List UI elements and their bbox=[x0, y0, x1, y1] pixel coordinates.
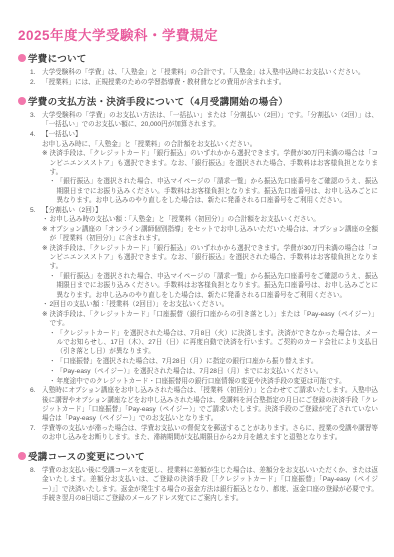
list-item: 2.「授業料」には、正規授業のための学習指導費・教材費などの費用が含まれます。 bbox=[30, 78, 378, 87]
list-item-text: 「Pay-easy（ペイジー）」を選択された場合は、7月28日（月）までにお支払… bbox=[57, 367, 379, 376]
list-item-text: 「銀行振込」を選択された場合、申込マイページの「請求一覧」から振込先口座番号をご… bbox=[57, 272, 379, 300]
list-item-marker: ・ bbox=[49, 357, 57, 366]
section-bullet-icon bbox=[18, 54, 26, 62]
list-item-marker: ・ bbox=[49, 272, 57, 300]
section-heading: 受講コースの変更について bbox=[18, 449, 378, 463]
list-item-text: 決済手段は、「クレジットカード」「口座振替（銀行口座からの引き落とし）」または「… bbox=[50, 310, 379, 328]
section: 受講コースの変更について8.学費のお支払い後に受講コースを変更し、授業料に差額が… bbox=[18, 449, 378, 503]
list-item-text: 大学受験科の「学費」のお支払い方法は、「一括払い」または「分割払い（2回）」です… bbox=[42, 111, 378, 129]
list-item: 5.【分割払い（2回）】 bbox=[30, 206, 378, 215]
list-item-text: 大学受験科の「学費」は、「入塾金」と「授業料」の合計です。「入塾金」は入塾申込時… bbox=[42, 68, 378, 77]
section-heading: 学費の支払方法・決済手段について（4月受講開始の場合） bbox=[18, 94, 378, 108]
section-bullet-icon bbox=[18, 97, 26, 105]
list-item: 3.大学受験科の「学費」のお支払い方法は、「一括払い」または「分割払い（2回）」… bbox=[30, 111, 378, 129]
list-item: ・2回目の支払い額：「授業料（2回目）」をお支払いください。 bbox=[42, 300, 378, 309]
section: 学費について1.大学受験科の「学費」は、「入塾金」と「授業料」の合計です。「入塾… bbox=[18, 51, 378, 87]
document-page: 2025年度大学受験科・学費規定 学費について1.大学受験科の「学費」は、「入塾… bbox=[0, 0, 394, 557]
list-item-text: お申し込み時の支払い額：「入塾金」と「授業料（初回分）」の合計額をお支払いくださ… bbox=[50, 215, 379, 224]
list-item: ・「銀行振込」を選択された場合、申込マイページの「請求一覧」から振込先口座番号を… bbox=[49, 272, 378, 300]
list-item-text: 【一括払い】 bbox=[42, 130, 378, 139]
list-item-text: 「授業料」には、正規授業のための学習指導費・教材費などの費用が含まれます。 bbox=[42, 78, 378, 87]
list-item-text: 決済手段は、「クレジットカード」「銀行振込」のいずれかから選択できます。学費が3… bbox=[50, 149, 379, 177]
list-item: ・年度途中でのクレジットカード・口座振替用の銀行口座情報の変更や決済手段の変更は… bbox=[49, 377, 378, 386]
list-item: ※オプション講座の「オンライン講師個別指導」をセットでお申し込みいただいた場合は… bbox=[42, 225, 378, 243]
list-item-text: 決済手段は、「クレジットカード」「銀行振込」のいずれかから選択できます。学費が3… bbox=[50, 244, 379, 272]
list-item-text: 年度途中でのクレジットカード・口座振替用の銀行口座情報の変更や決済手段の変更は可… bbox=[57, 377, 379, 386]
section-heading-label: 学費の支払方法・決済手段について（4月受講開始の場合） bbox=[28, 94, 288, 108]
list-item-text: 2回目の支払い額：「授業料（2回目）」をお支払いください。 bbox=[50, 300, 379, 309]
section-heading-label: 受講コースの変更について bbox=[28, 449, 145, 463]
list-item-marker: 1. bbox=[30, 68, 42, 77]
list-item-marker: 2. bbox=[30, 78, 42, 87]
list-item-marker: ・ bbox=[49, 367, 57, 376]
list-item: ・お申し込み時の支払い額：「入塾金」と「授業料（初回分）」の合計額をお支払いくだ… bbox=[42, 215, 378, 224]
list-item: ※決済手段は、「クレジットカード」「銀行振込」のいずれかから選択できます。学費が… bbox=[42, 244, 378, 272]
list-item-text: 学費のお支払い後に受講コースを変更し、授業料に差額が生じた場合は、差額分をお支払… bbox=[42, 466, 378, 503]
list-item-text: 【分割払い（2回）】 bbox=[42, 206, 378, 215]
list-item: ※決済手段は、「クレジットカード」「口座振替（銀行口座からの引き落とし）」または… bbox=[42, 310, 378, 328]
list-item: ・「口座振替」を選択された場合は、7月28日（月）に指定の銀行口座から振り替えま… bbox=[49, 357, 378, 366]
list-item: 1.大学受験科の「学費」は、「入塾金」と「授業料」の合計です。「入塾金」は入塾申… bbox=[30, 68, 378, 77]
list-item: ・「クレジットカード」を選択された場合は、7月8日（火）に決済します。決済ができ… bbox=[49, 329, 378, 357]
list-item-marker: ・ bbox=[49, 329, 57, 357]
list-item-marker: ※ bbox=[42, 225, 50, 243]
list-item-marker: 8. bbox=[30, 466, 42, 503]
page-title: 2025年度大学受験科・学費規定 bbox=[18, 24, 378, 44]
list-item: ・「Pay-easy（ペイジー）」を選択された場合は、7月28日（月）までにお支… bbox=[49, 367, 378, 376]
list-item: 8.学費のお支払い後に受講コースを変更し、授業料に差額が生じた場合は、差額分をお… bbox=[30, 466, 378, 503]
list-item-text: オプション講座の「オンライン講師個別指導」をセットでお申し込みいただいた場合は、… bbox=[50, 225, 379, 243]
item-list: 8.学費のお支払い後に受講コースを変更し、授業料に差額が生じた場合は、差額分をお… bbox=[30, 466, 378, 503]
list-item: ・「銀行振込」を選択された場合、申込マイページの「請求一覧」から振込先口座番号を… bbox=[49, 177, 378, 205]
list-item-marker: 4. bbox=[30, 130, 42, 139]
list-item: ※決済手段は、「クレジットカード」「銀行振込」のいずれかから選択できます。学費が… bbox=[42, 149, 378, 177]
list-item-marker: 7. bbox=[30, 424, 42, 442]
list-item-text: お申し込み時に、「入塾金」と「授業料」の合計額をお支払いください。 bbox=[42, 140, 378, 149]
list-item-marker: 5. bbox=[30, 206, 42, 215]
list-item-marker: ※ bbox=[42, 310, 50, 328]
section-heading: 学費について bbox=[18, 51, 378, 65]
list-item-marker: 3. bbox=[30, 111, 42, 129]
list-item-marker: ※ bbox=[42, 149, 50, 177]
list-item-marker: ・ bbox=[49, 177, 57, 205]
item-list: 1.大学受験科の「学費」は、「入塾金」と「授業料」の合計です。「入塾金」は入塾申… bbox=[30, 68, 378, 87]
list-item-text: 「銀行振込」を選択された場合、申込マイページの「請求一覧」から振込先口座番号をご… bbox=[57, 177, 379, 205]
list-item-marker: ※ bbox=[42, 244, 50, 272]
list-item-text: 「口座振替」を選択された場合は、7月28日（月）に指定の銀行口座から振り替えます… bbox=[57, 357, 379, 366]
list-item: 6.入塾時にオプション講座をお申し込みされた場合は、「授業料（初回分）」と合わせ… bbox=[30, 386, 378, 423]
list-item-text: 「クレジットカード」を選択された場合は、7月8日（火）に決済します。決済ができな… bbox=[57, 329, 379, 357]
list-item-text: 入塾時にオプション講座をお申し込みされた場合は、「授業料（初回分）」と合わせてご… bbox=[42, 386, 378, 423]
list-item-marker: 6. bbox=[30, 386, 42, 423]
list-item-text: 学費等の支払いが滞った場合は、学費お支払いの督促文を郵送することがあります。さら… bbox=[42, 424, 378, 442]
section-heading-label: 学費について bbox=[28, 51, 87, 65]
list-item: 7.学費等の支払いが滞った場合は、学費お支払いの督促文を郵送することがあります。… bbox=[30, 424, 378, 442]
list-item-marker: ・ bbox=[42, 215, 50, 224]
item-list: 3.大学受験科の「学費」のお支払い方法は、「一括払い」または「分割払い（2回）」… bbox=[30, 111, 378, 442]
sections: 学費について1.大学受験科の「学費」は、「入塾金」と「授業料」の合計です。「入塾… bbox=[18, 51, 378, 503]
section: 学費の支払方法・決済手段について（4月受講開始の場合）3.大学受験科の「学費」の… bbox=[18, 94, 378, 442]
list-item-marker: ・ bbox=[42, 300, 50, 309]
list-item: 4.【一括払い】 bbox=[30, 130, 378, 139]
list-item: お申し込み時に、「入塾金」と「授業料」の合計額をお支払いください。 bbox=[42, 140, 378, 149]
list-item-marker: ・ bbox=[49, 377, 57, 386]
section-bullet-icon bbox=[18, 452, 26, 460]
